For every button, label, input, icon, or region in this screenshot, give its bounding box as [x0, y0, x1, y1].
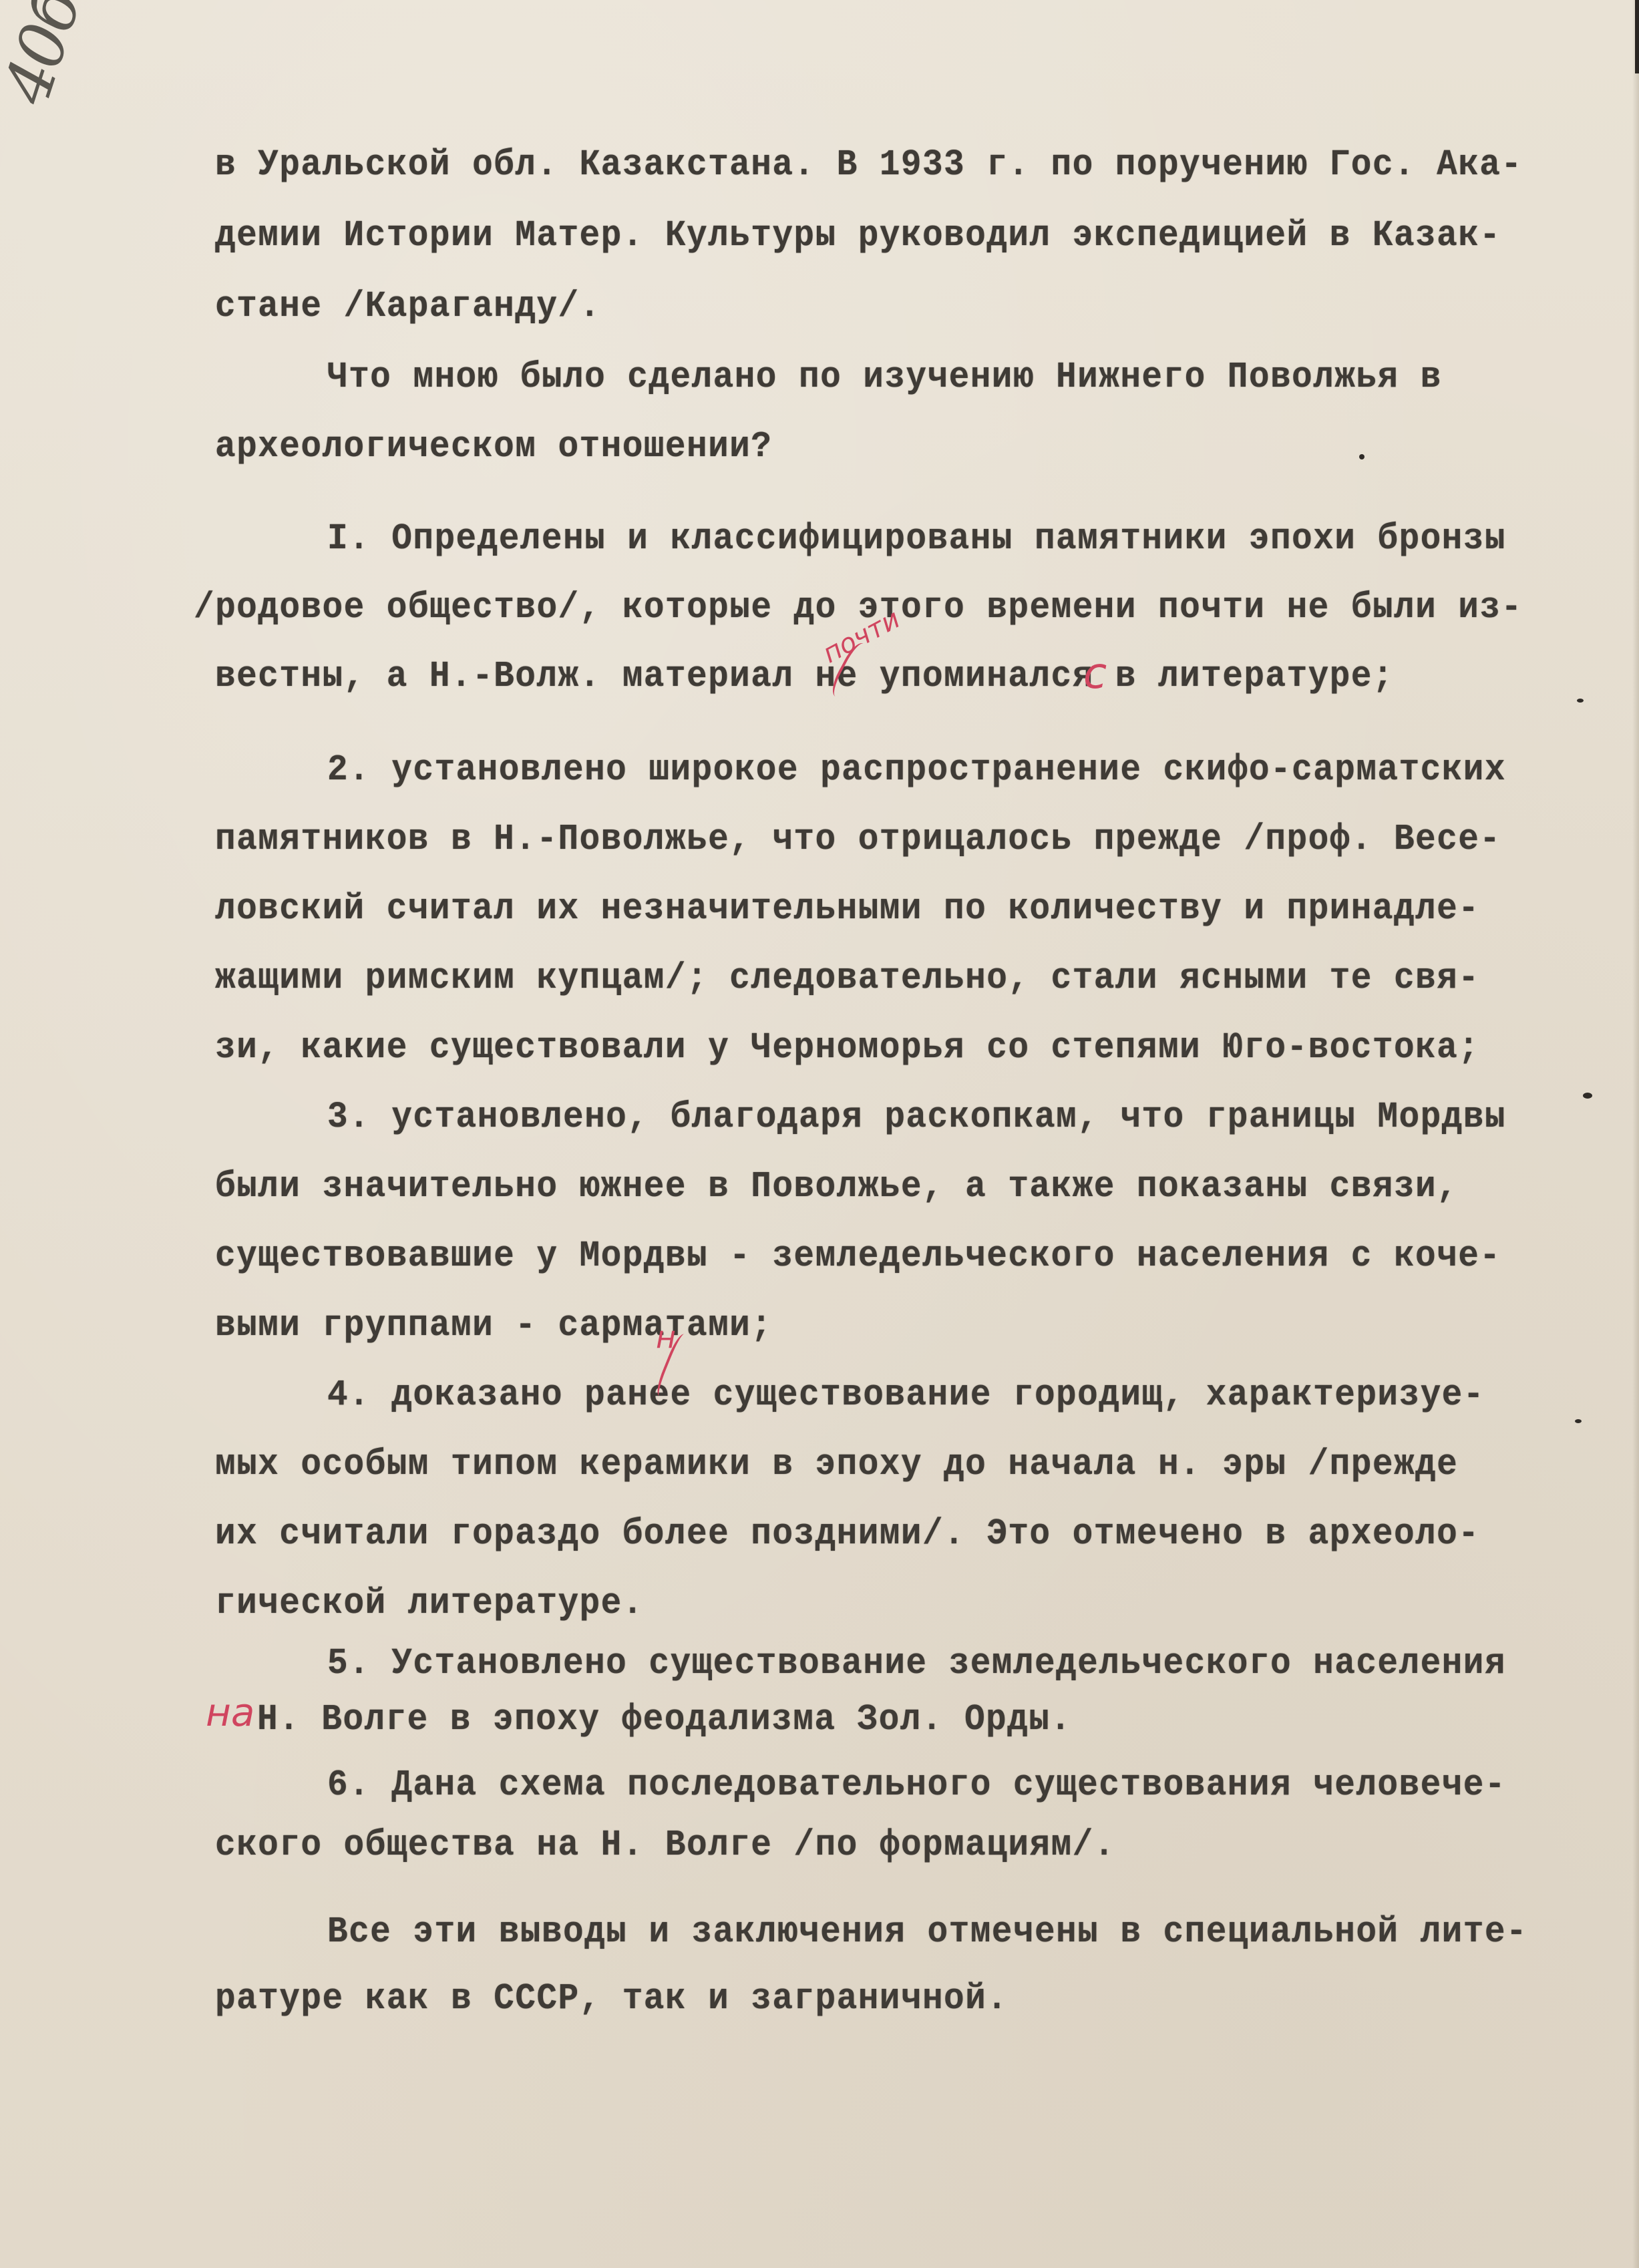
item-6-line-2: ского общества на Н. Волге /по формациям… [215, 1822, 1115, 1869]
text-line-2: демии Истории Матер. Культуры руководил … [215, 212, 1501, 259]
item-3-line-2: были значительно южнее в Поволжье, а так… [215, 1163, 1458, 1210]
text-line-3: стане /Караганду/. [215, 283, 601, 330]
item-2-line-2: памятников в Н.-Поволжье, что отрицалось… [215, 816, 1501, 863]
item-4-line-2: мых особым типом керамики в эпоху до нач… [215, 1441, 1458, 1488]
item-2-line-4: жащими римским купцам/; следовательно, с… [215, 955, 1479, 1002]
item-1-line-1: I. Определены и классифицированы памятни… [327, 516, 1506, 562]
ink-speck [1359, 454, 1364, 459]
item-3-line-3: существовавшие у Мордвы - земледельческо… [215, 1233, 1501, 1280]
ink-speck [1575, 1419, 1582, 1423]
item-4-line-3: их считали гораздо более поздними/. Это … [215, 1511, 1479, 1557]
item-1-line-3: вестны, а Н.-Волж. материал не упоминалс… [215, 653, 1394, 700]
text-line-4: Что мною было сделано по изучению Нижнег… [327, 354, 1442, 401]
item-2-line-1: 2. установлено широкое распространение с… [327, 747, 1506, 793]
item-4-line-4: гической литературе. [215, 1580, 644, 1627]
item-2-line-3: ловский считал их незначительными по кол… [215, 886, 1479, 932]
ink-speck [1583, 1093, 1592, 1099]
conclusion-line-2: ратуре как в СССР, так и заграничной. [215, 1975, 1008, 2022]
correction-margin-na: на [206, 1690, 254, 1735]
correction-fix-sya: с [1083, 649, 1107, 699]
item-4-line-1: 4. доказано ранее существование городищ,… [327, 1372, 1485, 1419]
item-5-line-2: Н. Волге в эпоху феодализма Зол. Орды. [257, 1696, 1071, 1743]
text-line-1: в Уральской обл. Казакстана. В 1933 г. п… [215, 142, 1522, 188]
item-3-line-1: 3. установлено, благодаря раскопкам, что… [327, 1094, 1506, 1141]
page-edge-shadow [1632, 0, 1639, 2268]
conclusion-line-1: Все эти выводы и заключения отмечены в с… [327, 1909, 1527, 1955]
item-6-line-1: 6. Дана схема последовательного существо… [327, 1762, 1506, 1809]
item-5-line-1: 5. Установлено существование земледельче… [327, 1640, 1506, 1687]
ink-speck [1577, 699, 1584, 703]
item-2-line-5: зи, какие существовали у Черноморья со с… [215, 1024, 1479, 1071]
text-line-5: археологическом отношении? [215, 423, 772, 470]
page-edge-dark [1635, 0, 1639, 73]
